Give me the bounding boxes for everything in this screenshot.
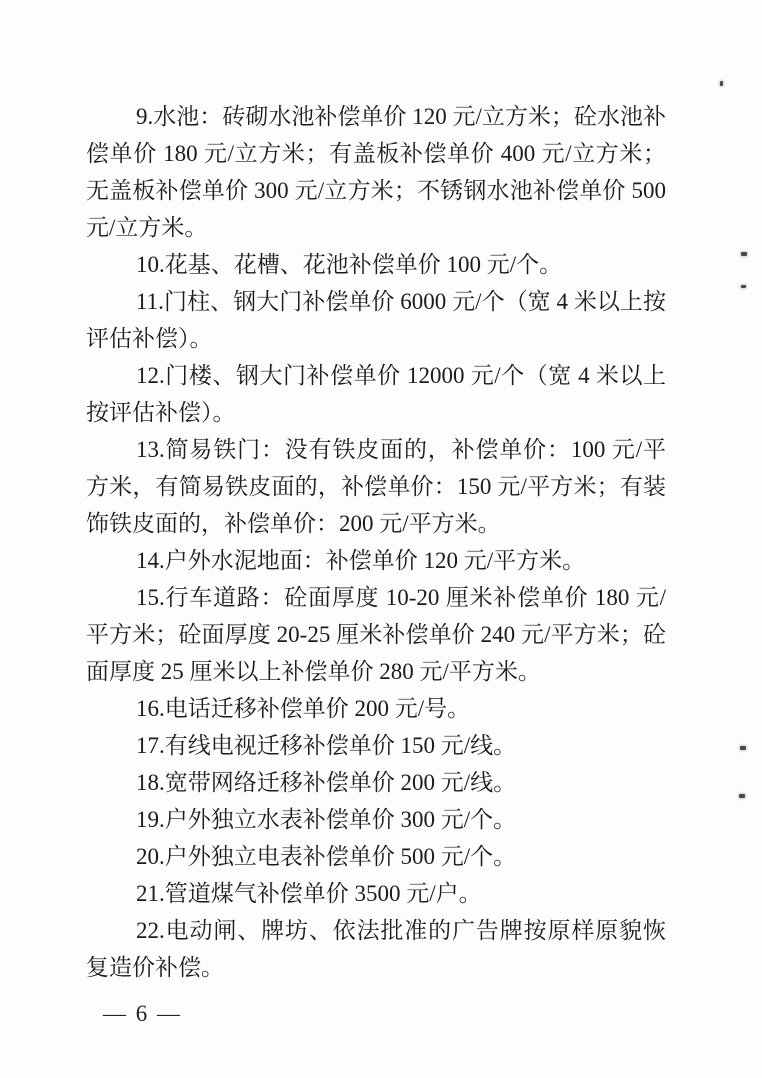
- list-item-12: 12.门楼、钢大门补偿单价 12000 元/个（宽 4 米以上按评估补偿）。: [86, 357, 666, 431]
- list-item-20: 20.户外独立电表补偿单价 500 元/个。: [86, 838, 666, 875]
- list-item-15: 15.行车道路：砼面厚度 10-20 厘米补偿单价 180 元/平方米；砼面厚度…: [86, 579, 666, 690]
- scan-noise-speck: [741, 252, 747, 256]
- list-item-19: 19.户外独立水表补偿单价 300 元/个。: [86, 801, 666, 838]
- list-item-10: 10.花基、花槽、花池补偿单价 100 元/个。: [86, 246, 666, 283]
- scan-noise-speck: [740, 746, 746, 750]
- page-number: — 6 —: [103, 1001, 182, 1027]
- list-item-18: 18.宽带网络迁移补偿单价 200 元/线。: [86, 764, 666, 801]
- list-item-16: 16.电话迁移补偿单价 200 元/号。: [86, 690, 666, 727]
- scanned-document-page: 9.水池：砖砌水池补偿单价 120 元/立方米；砼水池补偿单价 180 元/立方…: [0, 0, 762, 1078]
- list-item-21: 21.管道煤气补偿单价 3500 元/户。: [86, 875, 666, 912]
- list-item-13: 13.简易铁门：没有铁皮面的，补偿单价：100 元/平方米，有简易铁皮面的，补偿…: [86, 431, 666, 542]
- list-item-9: 9.水池：砖砌水池补偿单价 120 元/立方米；砼水池补偿单价 180 元/立方…: [86, 98, 666, 246]
- scan-noise-speck: [720, 81, 723, 86]
- scan-noise-speck: [741, 285, 746, 288]
- list-item-11: 11.门柱、钢大门补偿单价 6000 元/个（宽 4 米以上按评估补偿）。: [86, 283, 666, 357]
- scan-noise-speck: [739, 794, 745, 798]
- list-item-14: 14.户外水泥地面：补偿单价 120 元/平方米。: [86, 542, 666, 579]
- document-body: 9.水池：砖砌水池补偿单价 120 元/立方米；砼水池补偿单价 180 元/立方…: [86, 98, 666, 986]
- list-item-22: 22.电动闸、牌坊、依法批准的广告牌按原样原貌恢复造价补偿。: [86, 912, 666, 986]
- list-item-17: 17.有线电视迁移补偿单价 150 元/线。: [86, 727, 666, 764]
